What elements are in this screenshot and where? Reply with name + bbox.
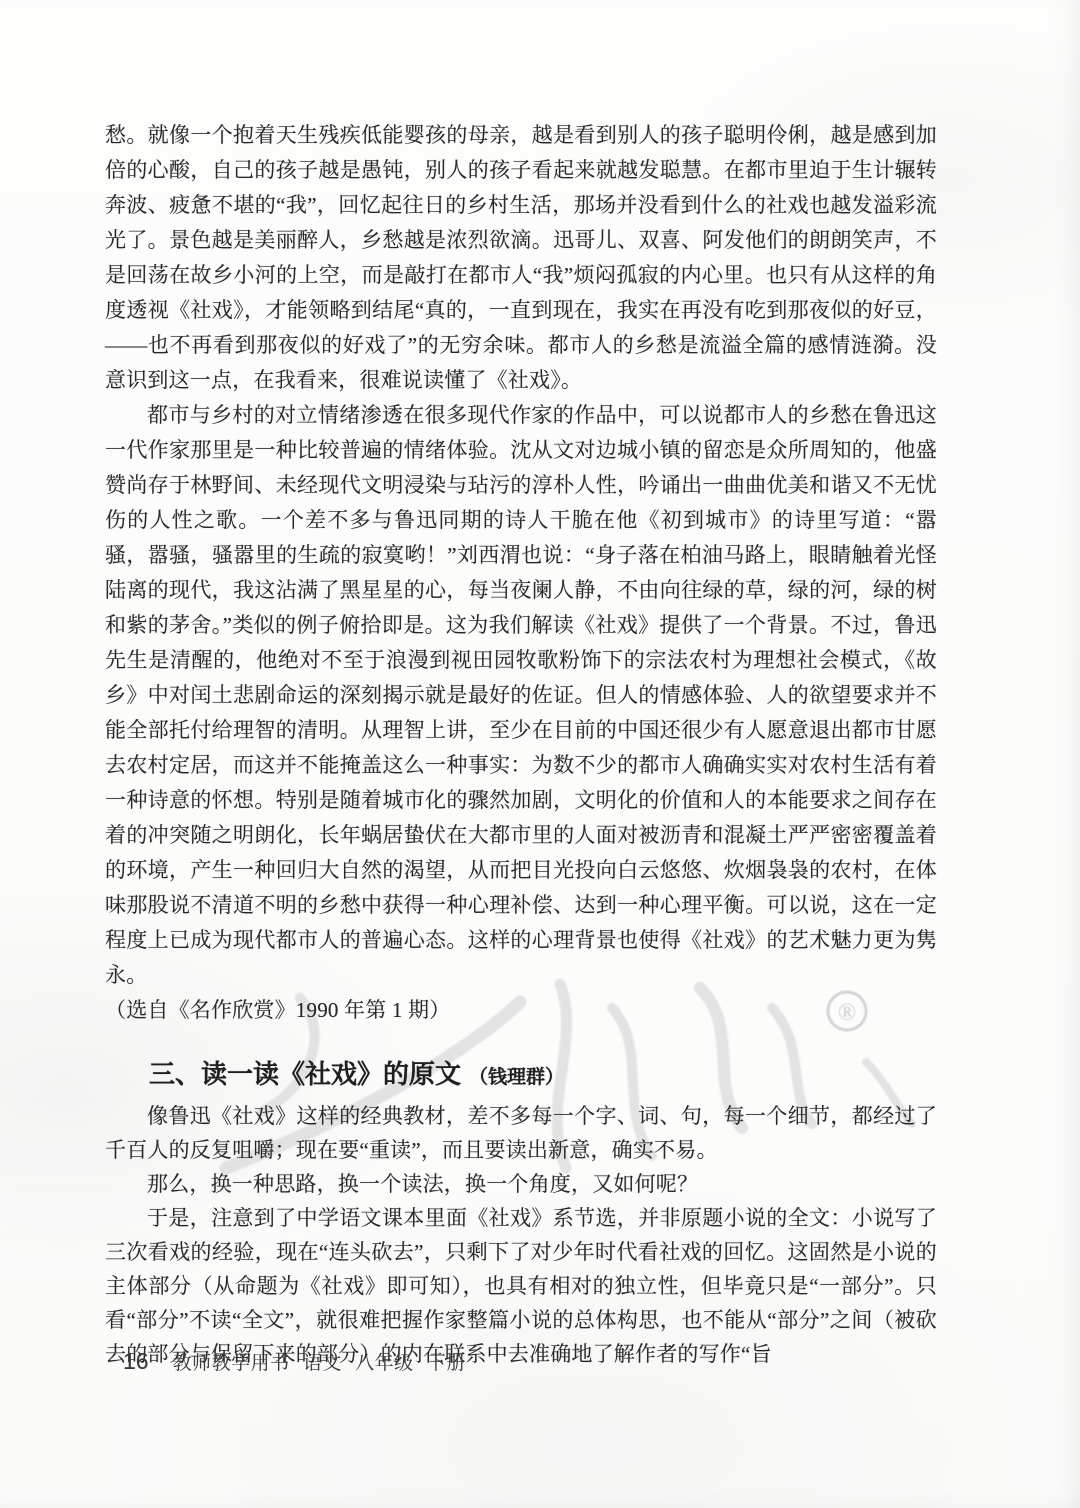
footer-book-title: 教师教学用书 语文 八年级 下册: [173, 1348, 466, 1375]
reading-paragraph: 那么，换一种思路，换一个读法，换一个角度，又如何呢？: [105, 1167, 937, 1201]
section-heading: 三、读一读《社戏》的原文（钱理群）: [105, 1054, 937, 1099]
reading-paragraph: 于是，注意到了中学语文课本里面《社戏》系节选，并非原题小说的全文：小说写了三次看…: [105, 1201, 937, 1371]
essay-section: 愁。就像一个抱着天生残疾低能婴孩的母亲，越是看到别人的孩子聪明伶俐，越是感到加倍…: [105, 0, 937, 1028]
reading-section: 三、读一读《社戏》的原文（钱理群） 像鲁迅《社戏》这样的经典教材，差不多每一个字…: [105, 1054, 937, 1371]
page-content: 愁。就像一个抱着天生残疾低能婴孩的母亲，越是看到别人的孩子聪明伶俐，越是感到加倍…: [105, 0, 937, 1371]
source-attribution: （选自《名作欣赏》1990 年第 1 期）: [105, 993, 937, 1028]
section-heading-author: （钱理群）: [469, 1067, 564, 1088]
essay-continuation-paragraph: 愁。就像一个抱着天生残疾低能婴孩的母亲，越是看到别人的孩子聪明伶俐，越是感到加倍…: [105, 118, 937, 398]
reading-paragraph: 像鲁迅《社戏》这样的经典教材，差不多每一个字、词、句，每一个细节，都经过了千百人…: [105, 1099, 937, 1167]
footer-page-number: 16: [123, 1348, 149, 1375]
page-scan: ® 愁。就像一个抱着天生残疾低能婴孩的母亲，越是看到别人的孩子聪明伶俐，越是感到…: [0, 0, 1080, 1508]
essay-main-paragraph: 都市与乡村的对立情绪渗透在很多现代作家的作品中，可以说都市人的乡愁在鲁迅这一代作…: [105, 398, 937, 993]
section-heading-text: 三、读一读《社戏》的原文: [149, 1060, 461, 1089]
page-footer: 16 教师教学用书 语文 八年级 下册: [123, 1348, 466, 1375]
